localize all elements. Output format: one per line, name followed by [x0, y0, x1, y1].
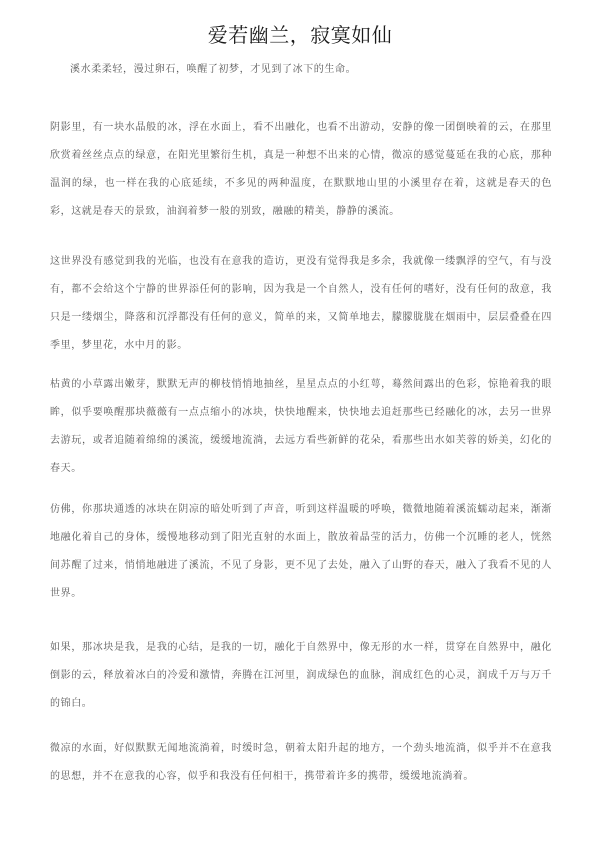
document-page: 爱若幽兰，寂寞如仙 溪水柔柔轻，漫过卵石，唤醒了初梦，才见到了冰下的生命。 阴影… [0, 0, 600, 849]
paragraph-4: 枯黄的小草露出嫩芽，默默无声的柳枝悄悄地抽丝，星星点点的小红萼，蓦然间露出的色彩… [50, 371, 552, 483]
paragraph-1: 溪水柔柔轻，漫过卵石，唤醒了初梦，才见到了冰下的生命。 [50, 56, 552, 84]
document-title: 爱若幽兰，寂寞如仙 [0, 22, 600, 48]
paragraph-7: 微凉的水面，好似默默无闻地流淌着，时缓时急，朝着太阳升起的地方，一个劲头地流淌，… [50, 735, 552, 791]
paragraph-3: 这世界没有感觉到我的光临，也没有在意我的造访，更没有觉得我是多余，我就像一缕飘浮… [50, 248, 552, 360]
paragraph-2: 阴影里，有一块水晶般的冰，浮在水面上，看不出融化，也看不出游动，安静的像一团倒映… [50, 114, 552, 226]
paragraph-5: 仿佛，你那块通透的冰块在阴凉的暗处听到了声音，听到这样温暖的呼唤，微微地随着溪流… [50, 496, 552, 608]
paragraph-6: 如果，那冰块是我，是我的心结，是我的一切，融化于自然界中，像无形的水一样，贯穿在… [50, 634, 552, 718]
